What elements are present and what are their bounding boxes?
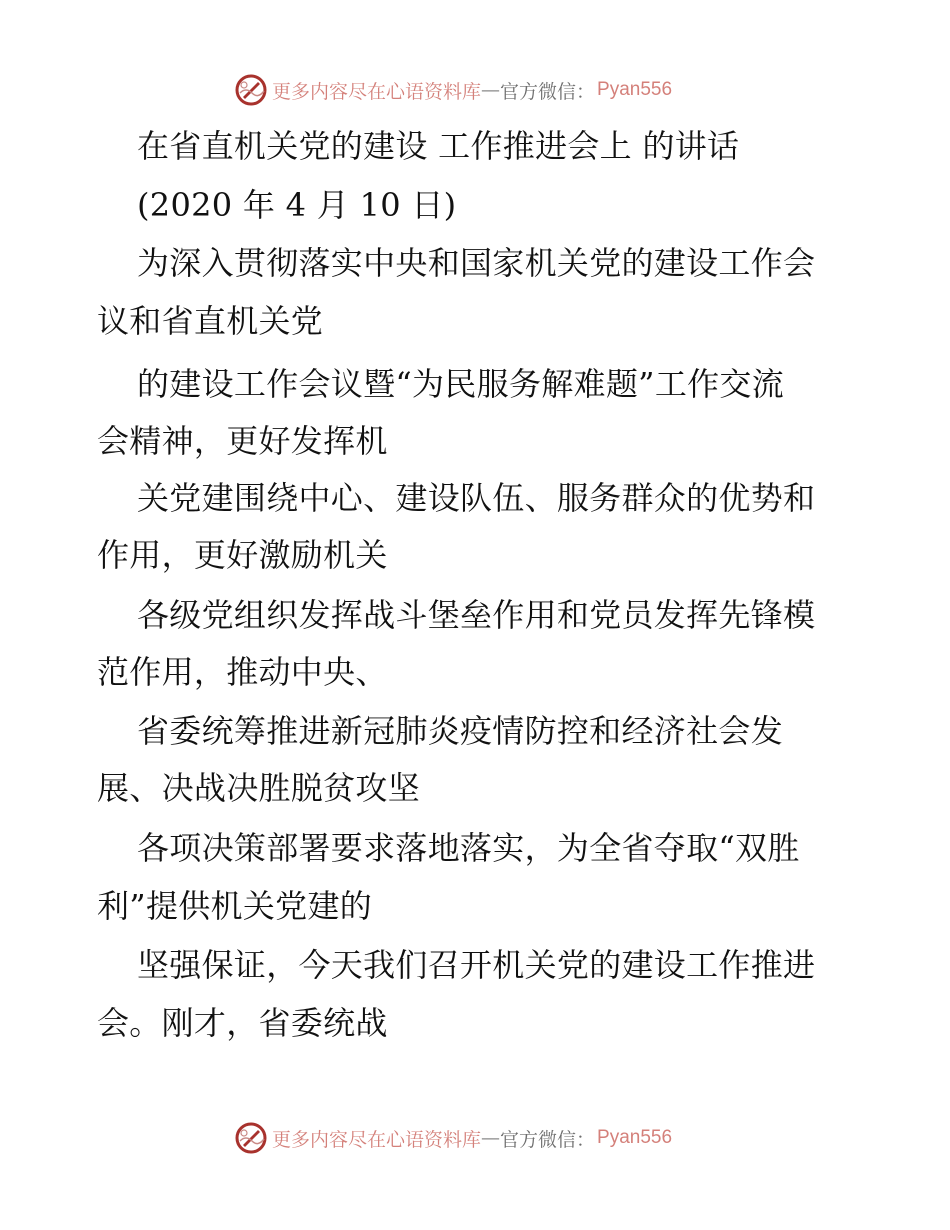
watermark-wechat-label: 官方微信： [500,1125,595,1152]
watermark-brand-text: 更多内容尽在心语资料库 [272,1125,481,1152]
document-title: 在省直机关党的建设 工作推进会上 的讲话 [137,126,739,166]
paragraph-line: 会。刚才，省委统战 [97,1003,388,1043]
quill-logo-icon [234,1121,268,1155]
paragraph-line: 各级党组织发挥战斗堡垒作用和党员发挥先锋模 [137,595,815,635]
paragraph-line: 各项决策部署要求落地落实，为全省夺取“双胜 [137,828,800,868]
paragraph-line: 利”提供机关党建的 [97,886,372,926]
watermark-wechat-id: Pyan556 [597,79,672,101]
watermark-wechat-id: Pyan556 [597,1127,672,1149]
paragraph-line: 展、决战决胜脱贫攻坚 [97,768,420,808]
paragraph-line: 省委统筹推进新冠肺炎疫情防控和经济社会发 [137,711,783,751]
quill-logo-icon [234,73,268,107]
paragraph-line: 的建设工作会议暨“为民服务解难题”工作交流 [137,364,784,404]
paragraph-line: 坚强保证，今天我们召开机关党的建设工作推进 [137,945,815,985]
paragraph-line: 会精神，更好发挥机 [97,421,388,461]
paragraph-line: 关党建围绕中心、建设队伍、服务群众的优势和 [137,478,815,518]
watermark-separator: — [481,79,500,101]
footer-watermark: 更多内容尽在心语资料库 — 官方微信： Pyan556 [234,1120,672,1156]
paragraph-line: 范作用，推动中央、 [97,652,388,692]
paragraph-line: 作用，更好激励机关 [97,535,388,575]
watermark-separator: — [481,1127,500,1149]
watermark-brand-text: 更多内容尽在心语资料库 [272,77,481,104]
paragraph-line: 为深入贯彻落实中央和国家机关党的建设工作会 [137,243,815,283]
header-watermark: 更多内容尽在心语资料库 — 官方微信： Pyan556 [234,72,672,108]
paragraph-line: 议和省直机关党 [97,301,323,341]
document-date: (2020 年 4 月 10 日) [137,185,456,225]
watermark-wechat-label: 官方微信： [500,77,595,104]
